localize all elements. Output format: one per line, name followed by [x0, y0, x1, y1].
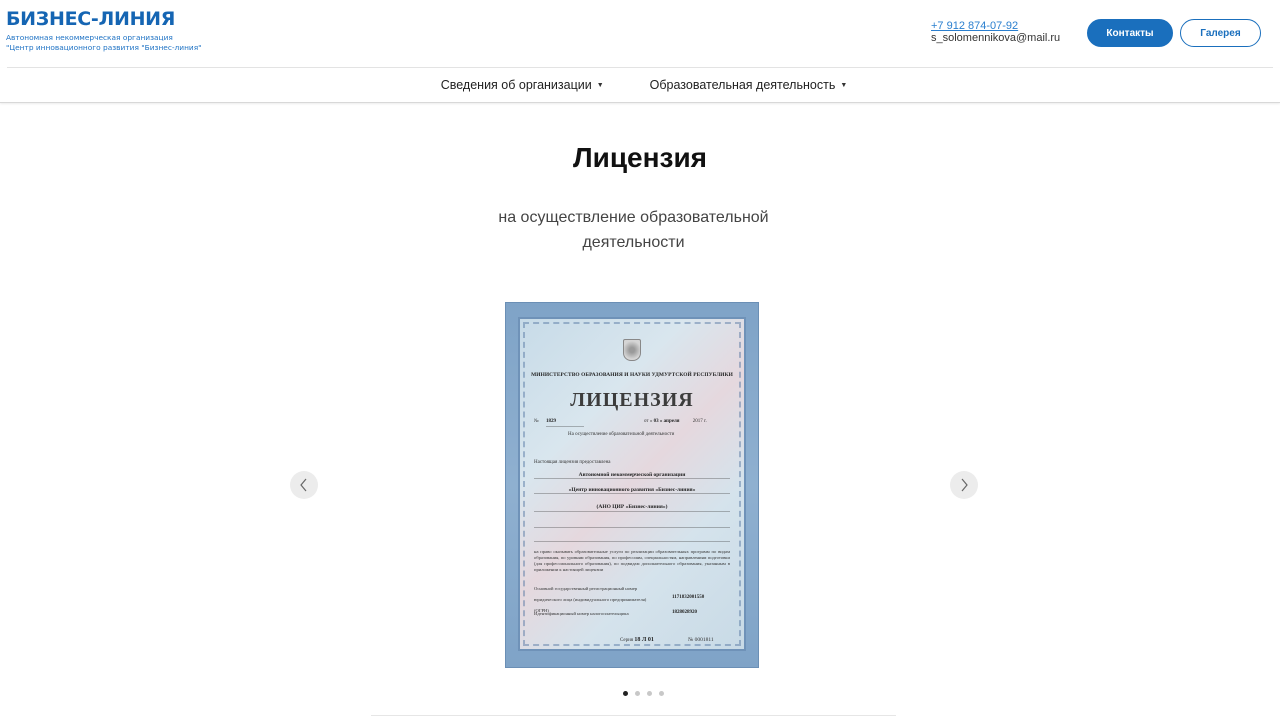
carousel-pagination	[290, 691, 990, 696]
logo-title: БИЗНЕС-ЛИНИЯ	[6, 8, 202, 30]
carousel-prev-button[interactable]	[290, 471, 318, 499]
certificate-body: МИНИСТЕРСТВО ОБРАЗОВАНИЯ И НАУКИ УДМУРТС…	[518, 317, 746, 651]
license-certificate-image: МИНИСТЕРСТВО ОБРАЗОВАНИЯ И НАУКИ УДМУРТС…	[505, 302, 759, 668]
coat-of-arms-icon	[623, 339, 641, 361]
certificate-purpose: На осуществление образовательной деятель…	[568, 432, 674, 437]
certificate-granted-to: Настоящая лицензия предоставлена	[534, 460, 611, 465]
logo-subtitle: Автономная некоммерческая организация "Ц…	[6, 33, 202, 52]
nav-item-educational-activity[interactable]: Образовательная деятельность ▼	[650, 78, 848, 92]
page-title: Лицензия	[0, 142, 1280, 174]
certificate-ogrn: 1171832001550	[672, 595, 704, 600]
chevron-right-icon	[959, 478, 969, 492]
certificate-number: № 1829	[534, 419, 556, 424]
caret-down-icon: ▼	[597, 82, 604, 89]
contacts-button[interactable]: Контакты	[1087, 19, 1173, 47]
certificate-title: ЛИЦЕНЗИЯ	[520, 389, 744, 412]
carousel-dot[interactable]	[623, 691, 628, 696]
certificate-ministry: МИНИСТЕРСТВО ОБРАЗОВАНИЯ И НАУКИ УДМУРТС…	[520, 372, 744, 378]
certificate-form-number: № 0001811	[688, 637, 714, 643]
section-divider	[371, 715, 896, 716]
contact-info: +7 912 874-07-92 s_solomennikova@mail.ru	[931, 20, 1060, 44]
certificate-org-line2: «Центр инновационного развития «Бизнес-л…	[520, 487, 744, 493]
license-carousel: МИНИСТЕРСТВО ОБРАЗОВАНИЯ И НАУКИ УДМУРТС…	[290, 296, 990, 708]
carousel-dot[interactable]	[635, 691, 640, 696]
carousel-next-button[interactable]	[950, 471, 978, 499]
certificate-date: от « 03 » апреля 2017 г.	[644, 419, 707, 424]
certificate-inn: 1828028920	[672, 610, 697, 615]
certificate-rights-text: на право оказывать образовательные услуг…	[534, 549, 730, 573]
certificate-inn-label: Идентификационный номер налогоплательщик…	[534, 611, 629, 616]
caret-down-icon: ▼	[840, 82, 847, 89]
carousel-dot[interactable]	[659, 691, 664, 696]
gallery-button[interactable]: Галерея	[1180, 19, 1261, 47]
nav-item-label: Сведения об организации	[441, 78, 592, 92]
main-nav: Сведения об организации ▼ Образовательна…	[0, 68, 1280, 103]
logo-subtitle-line1: Автономная некоммерческая организация	[6, 33, 202, 43]
certificate-org-short: (АНО ЦИР «Бизнес-линия»)	[520, 504, 744, 510]
logo-subtitle-line2: "Центр инновационного развития "Бизнес-л…	[6, 43, 202, 53]
certificate-org-line1: Автономной некоммерческой организации	[520, 472, 744, 478]
nav-item-organization-info[interactable]: Сведения об организации ▼	[441, 78, 604, 92]
nav-item-label: Образовательная деятельность	[650, 78, 836, 92]
logo[interactable]: БИЗНЕС-ЛИНИЯ Автономная некоммерческая о…	[6, 8, 202, 52]
carousel-slide[interactable]: МИНИСТЕРСТВО ОБРАЗОВАНИЯ И НАУКИ УДМУРТС…	[503, 300, 761, 668]
site-header: БИЗНЕС-ЛИНИЯ Автономная некоммерческая о…	[0, 0, 1280, 68]
certificate-series: Серия 18 Л 01	[620, 637, 654, 643]
page-subtitle: на осуществление образовательной деятель…	[490, 205, 777, 255]
chevron-left-icon	[299, 478, 309, 492]
phone-link[interactable]: +7 912 874-07-92	[931, 20, 1060, 32]
carousel-dot[interactable]	[647, 691, 652, 696]
email-text: s_solomennikova@mail.ru	[931, 32, 1060, 44]
